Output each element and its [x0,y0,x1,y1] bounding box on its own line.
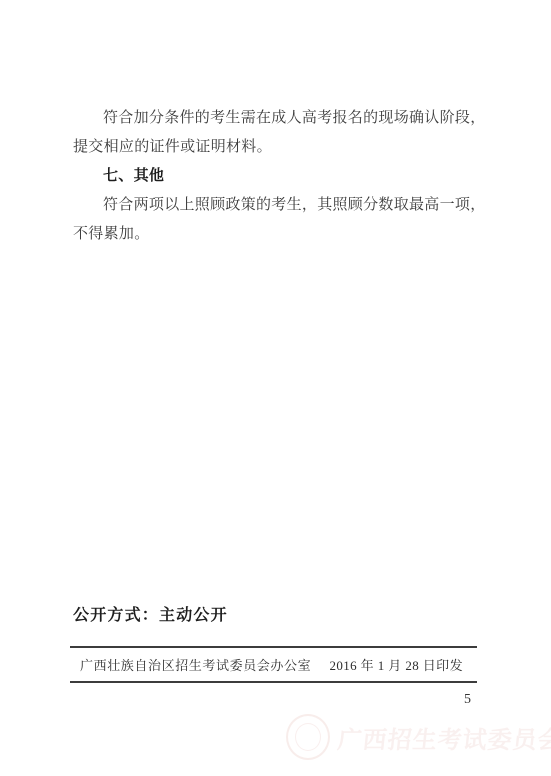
section-heading: 七、其他 [73,165,487,194]
document-page: 符合加分条件的考生需在成人高考报名的现场确认阶段， 提交相应的证件或证明材料。 … [0,0,551,776]
issue-date: 2016 年 1 月 28 日印发 [329,655,463,674]
publish-method-label: 公开方式：主动公开 [73,602,228,625]
page-number: 5 [464,692,471,708]
seal-icon [286,714,330,760]
watermark: 广西招生考试委员会 [286,714,551,760]
paragraph-line: 符合两项以上照顾政策的考生，其照顾分数取最高一项， [73,194,487,223]
paragraph-line: 不得累加。 [73,223,487,252]
paragraph-line: 提交相应的证件或证明材料。 [73,136,487,165]
watermark-text: 广西招生考试委员会 [336,720,551,755]
issuer-name: 广西壮族自治区招生考试委员会办公室 [80,655,311,674]
body-text: 符合加分条件的考生需在成人高考报名的现场确认阶段， 提交相应的证件或证明材料。 … [73,107,487,252]
issuance-footer: 广西壮族自治区招生考试委员会办公室 2016 年 1 月 28 日印发 [70,646,477,683]
paragraph-line: 符合加分条件的考生需在成人高考报名的现场确认阶段， [73,107,487,136]
